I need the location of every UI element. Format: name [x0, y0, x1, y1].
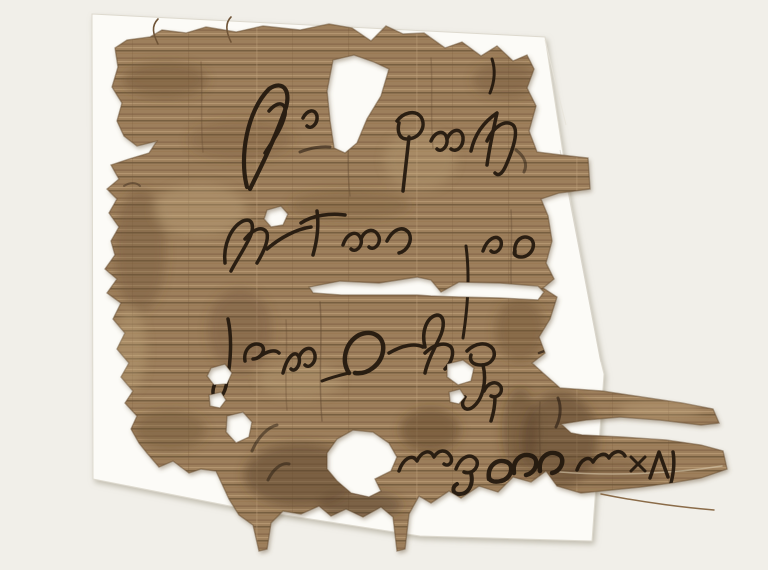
- papyrus-scan-photo: [0, 0, 768, 570]
- artifact-photo-svg: [0, 0, 768, 570]
